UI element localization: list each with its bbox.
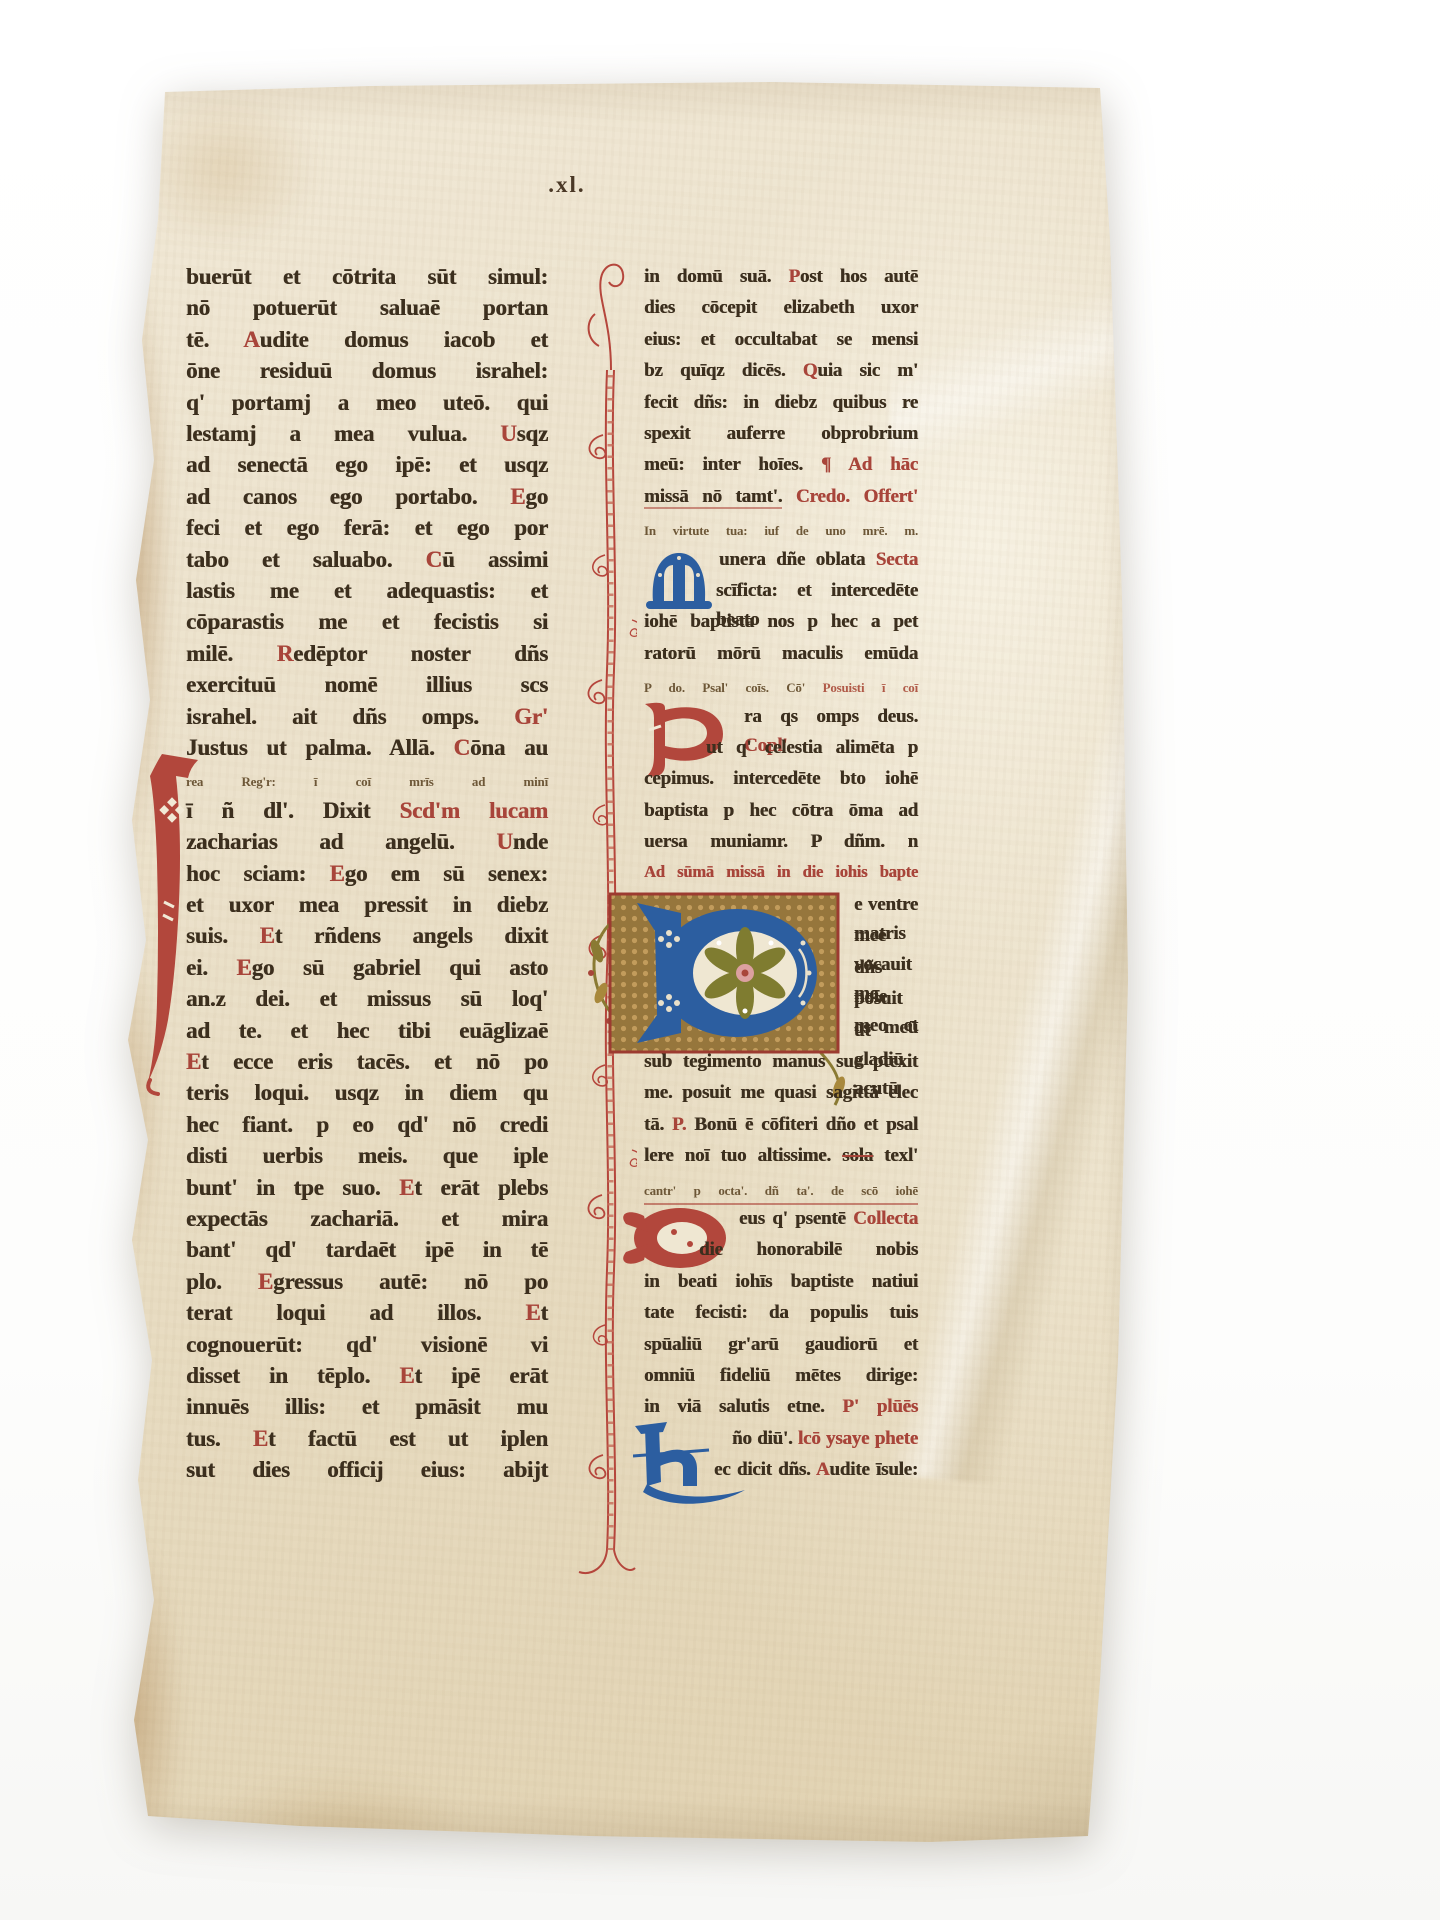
text-segment: fecit dñs: in diebz quibus re (644, 392, 918, 413)
text-segment: U (496, 829, 512, 854)
text-line: zacharias ad angelū. Unde (186, 827, 548, 857)
text-segment: die honorabilē nobis (699, 1239, 918, 1260)
text-segment: et uxor mea pressit in diebz (186, 892, 548, 917)
text-segment: ño diū'. (732, 1428, 798, 1449)
text-segment: in domū suā. (644, 266, 788, 287)
text-segment: ut q' celestia alimēta p (706, 737, 918, 758)
text-line: et uxor mea pressit in diebz (186, 890, 548, 920)
text-segment: ū assimi (442, 547, 548, 572)
text-segment: sola (842, 1145, 873, 1166)
text-segment: E (510, 484, 525, 509)
text-segment: R (277, 641, 293, 666)
text-line: bz quīqz dicēs. Quia sic m' (644, 356, 918, 386)
text-line: terat loqui ad illos. Et (186, 1298, 548, 1328)
text-line: ōne residuū domus israhel: (186, 356, 548, 386)
folio-number: .xl. (522, 172, 612, 198)
text-line: suis. Et rñdens angels dixit (186, 921, 548, 951)
text-line: me. posuit me quasi sagittā elec (644, 1078, 918, 1108)
text-line: cognouerūt: qd' visionē vi (186, 1330, 548, 1360)
text-segment: in beati iohīs baptiste natiui (644, 1271, 918, 1292)
text-segment: sqz (517, 421, 548, 446)
stain-bottom (210, 1770, 470, 1900)
text-segment: lere noī tuo altissime. (644, 1145, 842, 1166)
text-segment: dies cōcepit elizabeth uxor (644, 297, 918, 318)
text-segment: go (525, 484, 548, 509)
text-segment: eius: et occultabat se mensi (644, 329, 918, 350)
text-line: hec fiant. p eo qd' nō credi (186, 1110, 548, 1140)
text-segment: C (454, 735, 470, 760)
text-line: ño diū'. lcō ysaye phete (644, 1424, 918, 1454)
text-line: uersa muniamr. P dñm. n (644, 827, 918, 857)
text-line: tabo et saluabo. Cū assimi (186, 545, 548, 575)
text-line: ad te. et hec tibi euāglizaē (186, 1016, 548, 1046)
text-segment: go sū gabriel qui asto (252, 955, 548, 980)
text-segment: q' portamj a meo uteō. qui (186, 390, 548, 415)
text-line: ut q' celestia alimēta p (644, 733, 918, 763)
text-line: spūaliū gr'arū gaudiorū et (644, 1330, 918, 1360)
text-segment: t (541, 1300, 548, 1325)
text-segment: texl' (873, 1145, 918, 1166)
text-segment: exercituū nomē illius scs (186, 672, 548, 697)
text-line: q' portamj a meo uteō. qui (186, 388, 548, 418)
text-segment: udite domus iacob et (260, 327, 548, 352)
text-segment: ratorū mōrū maculis emūda (644, 643, 918, 664)
text-segment: Justus ut palma. (186, 735, 389, 760)
text-segment: meū: inter hoīes. (644, 454, 821, 475)
text-line: innuēs illis: et pmāsit mu (186, 1392, 548, 1422)
text-line: In virtute tua: iuf de uno mrē. m. (644, 516, 918, 546)
text-segment: P do. Psal' coīs. Cō' (644, 680, 823, 695)
text-column-left: buerūt et cōtrita sūt simul:nō potuerūt … (186, 262, 548, 1494)
text-line: buerūt et cōtrita sūt simul: (186, 262, 548, 292)
text-segment: In virtute tua: iuf de uno mrē. m. (644, 523, 918, 538)
text-segment: terat loqui ad illos. (186, 1300, 525, 1325)
text-segment: disset in tēplo. (186, 1363, 399, 1388)
text-line: meū: inter hoīes. ¶ Ad hāc (644, 450, 918, 480)
text-segment: lcō ysaye phete (798, 1428, 918, 1449)
text-line: rea Reg'r: ī coī mrīs ad minī (186, 767, 548, 797)
stain-top-left (130, 88, 320, 248)
text-segment: cantr' p octa'. dñ ta'. de scō iohē (644, 1183, 918, 1198)
text-segment: ōna au (470, 735, 548, 760)
text-segment: Collecta (853, 1208, 918, 1229)
text-line: milē. Redēptor noster dñs (186, 639, 548, 669)
text-line: lastis me et adequastis: et (186, 576, 548, 606)
text-line: e ventre matris (644, 890, 918, 920)
text-line: eus q' psentē Collecta (644, 1204, 918, 1234)
text-line: sub tegimento manus sue ptexit (644, 1047, 918, 1077)
text-line: mee vocauit me (644, 921, 918, 951)
text-line: bunt' in tpe suo. Et erāt plebs (186, 1173, 548, 1203)
manuscript-leaf: .xl. (70, 80, 1135, 1850)
text-segment: expectās zachariā. et mira (186, 1206, 548, 1231)
text-segment: edēptor noster dñs (293, 641, 548, 666)
text-segment: Bonū ē cōfiteri dño et psal (686, 1114, 918, 1135)
text-segment: Gr' (514, 704, 548, 729)
text-segment: E (258, 1269, 273, 1294)
text-line: israhel. ait dñs omps. Gr' (186, 702, 548, 732)
text-line: feci et ego ferā: et ego por (186, 513, 548, 543)
text-line: ec dicit dñs. Audite īsule: (644, 1455, 918, 1485)
stain-left-edge (72, 230, 172, 870)
text-segment: ost hos autē (800, 266, 918, 287)
text-line: dies cōcepit elizabeth uxor (644, 293, 918, 323)
text-segment: feci et ego ferā: et ego por (186, 515, 548, 540)
text-segment: C (426, 547, 442, 572)
text-segment: E (329, 861, 344, 886)
text-segment: plo. (186, 1269, 258, 1294)
text-segment: ad te. et hec tibi euāglizaē (186, 1018, 548, 1043)
text-line: omniū fideliū mētes dirige: (644, 1361, 918, 1391)
text-segment: P. (672, 1114, 686, 1135)
text-line: plo. Egressus autē: nō po (186, 1267, 548, 1297)
text-segment: baptista p hec cōtra ōma ad (644, 800, 918, 821)
photograph: .xl. (0, 0, 1440, 1920)
text-segment: missā nō tamt'. (644, 486, 782, 507)
stain-mid-left (88, 930, 163, 1270)
text-segment: innuēs illis: et pmāsit mu (186, 1394, 548, 1419)
text-segment: t ipē erāt (414, 1363, 548, 1388)
text-segment: Posuisti ī coī (823, 680, 918, 695)
text-line: lestamj a mea vulua. Usqz (186, 419, 548, 449)
text-segment: hoc sciam: (186, 861, 329, 886)
text-segment: lastis me et adequastis: et (186, 578, 548, 603)
text-line: sut dies officij eius: abijt (186, 1455, 548, 1485)
text-segment: E (253, 1426, 268, 1451)
text-line: Justus ut palma. Allā. Cōna au (186, 733, 548, 763)
text-segment: ōne residuū domus israhel: (186, 358, 548, 383)
text-segment: uersa muniamr. P dñm. n (644, 831, 918, 852)
text-line: iohē baptista nos p hec a pet (644, 607, 918, 637)
text-line: cōparastis me et fecistis si (186, 607, 548, 637)
text-line: disset in tēplo. Et ipē erāt (186, 1361, 548, 1391)
text-segment: sut dies officij eius: abijt (186, 1457, 548, 1482)
text-segment: udite īsule: (829, 1459, 918, 1480)
text-segment: E (186, 1049, 201, 1074)
text-segment: tus. (186, 1426, 253, 1451)
text-line: cantr' p octa'. dñ ta'. de scō iohē (644, 1176, 918, 1205)
text-segment: ei. (186, 955, 236, 980)
text-segment: U (500, 421, 516, 446)
text-line: dñs noīe meo et (644, 953, 918, 983)
text-segment: Scd'm lucam (399, 798, 548, 823)
text-segment: israhel. ait dñs omps. (186, 704, 514, 729)
text-segment: omniū fideliū mētes dirige: (644, 1365, 918, 1386)
text-line: teris loqui. usqz in diem qu (186, 1078, 548, 1108)
text-segment: nde (513, 829, 548, 854)
text-line: unera dñe oblata Secta (644, 545, 918, 575)
text-segment: ī ñ dl'. Dixit (186, 798, 399, 823)
text-line: ī ñ dl'. Dixit Scd'm lucam (186, 796, 548, 826)
text-segment: uia sic m' (817, 360, 918, 381)
text-line: Et ecce eris tacēs. et nō po (186, 1047, 548, 1077)
text-line: bant' qd' tardaēt ipē in tē (186, 1235, 548, 1265)
penwork-border (577, 250, 637, 1580)
text-segment: bz quīqz dicēs. (644, 360, 803, 381)
text-segment: ad canos ego portabo. (186, 484, 510, 509)
text-segment: sub tegimento manus sue ptexit (644, 1051, 918, 1072)
text-line: fecit dñs: in diebz quibus re (644, 388, 918, 418)
text-segment: Ad sūmā missā in die iohis bapte (644, 862, 918, 881)
text-line: disti uerbis meis. que iple (186, 1141, 548, 1171)
text-line: in viā salutis etne. P' plūēs (644, 1392, 918, 1422)
text-line: in beati iohīs baptiste natiui (644, 1267, 918, 1297)
text-segment: bunt' in tpe suo. (186, 1175, 399, 1200)
text-line: ra qs omps deus. Copl' (644, 702, 918, 732)
text-segment: Allā. (389, 735, 454, 760)
crease-top-right (890, 170, 1190, 550)
text-segment: an.z dei. et missus sū loq' (186, 986, 548, 1011)
text-line: tus. Et factū est ut iplen (186, 1424, 548, 1454)
text-segment: tē. (186, 327, 243, 352)
text-segment: bant' qd' tardaēt ipē in tē (186, 1237, 548, 1262)
text-line: ut gladiū acutū (644, 1016, 918, 1046)
text-segment: me. posuit me quasi sagittā elec (644, 1082, 918, 1103)
text-line: missā nō tamt'. Credo. Offert' (644, 482, 918, 512)
text-line: ad canos ego portabo. Ego (186, 482, 548, 512)
text-segment: buerūt et cōtrita sūt simul: (186, 264, 548, 289)
text-line: cepimus. intercedēte bto iohē (644, 764, 918, 794)
text-column-right: in domū suā. Post hos autēdies cōcepit e… (644, 262, 918, 1494)
text-line: ad senectā ego ipē: et usqz (186, 450, 548, 480)
text-segment: cōparastis me et fecistis si (186, 609, 548, 634)
text-segment: spexit auferre obprobrium (644, 423, 918, 444)
text-segment: t ecce eris tacēs. et nō po (201, 1049, 548, 1074)
text-segment: eus q' psentē (739, 1208, 853, 1229)
leaf-shadow: .xl. (70, 80, 1135, 1850)
text-line: spexit auferre obprobrium (644, 419, 918, 449)
text-line: lere noī tuo altissime. sola texl' (644, 1141, 918, 1171)
text-segment: milē. (186, 641, 277, 666)
text-segment: ec dicit dñs. (714, 1459, 816, 1480)
text-line: tē. Audite domus iacob et (186, 325, 548, 355)
text-segment: lestamj a mea vulua. (186, 421, 500, 446)
text-segment: P' plūēs (842, 1396, 918, 1417)
text-segment: spūaliū gr'arū gaudiorū et (644, 1334, 918, 1355)
text-segment: Q (803, 360, 818, 381)
text-line: posuit os meū (644, 984, 918, 1014)
text-segment: t factū est ut iplen (268, 1426, 548, 1451)
text-segment: E (525, 1300, 540, 1325)
text-line: tate fecisti: da populis tuis (644, 1298, 918, 1328)
text-segment: rea Reg'r: ī coī mrīs ad minī (186, 774, 548, 789)
text-segment: tā. (644, 1114, 672, 1135)
text-segment: zacharias ad angelū. (186, 829, 496, 854)
text-segment: iohē baptista nos p hec a pet (644, 611, 918, 632)
text-line: scīficta: et intercedēte beato (644, 576, 918, 606)
text-segment: P (788, 266, 799, 287)
text-line: tā. P. Bonū ē cōfiteri dño et psal (644, 1110, 918, 1140)
text-line: exercituū nomē illius scs (186, 670, 548, 700)
text-segment: ¶ Ad hāc (821, 454, 918, 475)
text-line: hoc sciam: Ego em sū senex: (186, 859, 548, 889)
text-segment: E (236, 955, 251, 980)
text-segment: Credo. Offert' (782, 486, 918, 507)
fold-highlight (866, 427, 1274, 1503)
text-segment: gressus autē: nō po (273, 1269, 548, 1294)
text-segment: unera dñe oblata (719, 549, 876, 570)
text-line: nō potuerūt saluaē portan (186, 293, 548, 323)
text-segment: disti uerbis meis. que iple (186, 1143, 548, 1168)
text-segment: tabo et saluabo. (186, 547, 426, 572)
text-segment: tate fecisti: da populis tuis (644, 1302, 918, 1323)
text-segment: E (399, 1175, 414, 1200)
text-segment: cepimus. intercedēte bto iohē (644, 768, 918, 789)
text-line: an.z dei. et missus sū loq' (186, 984, 548, 1014)
text-segment: E (260, 923, 275, 948)
text-segment: A (816, 1459, 830, 1480)
text-segment: Secta (876, 549, 918, 570)
text-line: eius: et occultabat se mensi (644, 325, 918, 355)
text-segment: in viā salutis etne. (644, 1396, 842, 1417)
text-segment: suis. (186, 923, 260, 948)
text-line: ei. Ego sū gabriel qui asto (186, 953, 548, 983)
text-segment: t rñdens angels dixit (275, 923, 548, 948)
text-line: die honorabilē nobis (644, 1235, 918, 1265)
text-line: ratorū mōrū maculis emūda (644, 639, 918, 669)
text-line: in domū suā. Post hos autē (644, 262, 918, 292)
text-segment: ra qs omps deus. (744, 706, 918, 727)
text-segment: go em sū senex: (345, 861, 548, 886)
text-line: Ad sūmā missā in die iohis bapte (644, 859, 918, 889)
text-segment: hec fiant. p eo qd' nō credi (186, 1112, 548, 1137)
text-segment: cognouerūt: qd' visionē vi (186, 1332, 548, 1357)
text-line: baptista p hec cōtra ōma ad (644, 796, 918, 826)
text-segment: ad senectā ego ipē: et usqz (186, 452, 548, 477)
text-segment: t erāt plebs (414, 1175, 548, 1200)
stain-bottom-left (70, 1530, 185, 1890)
text-line: P do. Psal' coīs. Cō' Posuisti ī coī (644, 673, 918, 703)
text-line: expectās zachariā. et mira (186, 1204, 548, 1234)
text-segment: teris loqui. usqz in diem qu (186, 1080, 548, 1105)
text-segment: A (243, 327, 259, 352)
text-segment: E (399, 1363, 414, 1388)
text-segment: nō potuerūt saluaē portan (186, 295, 548, 320)
